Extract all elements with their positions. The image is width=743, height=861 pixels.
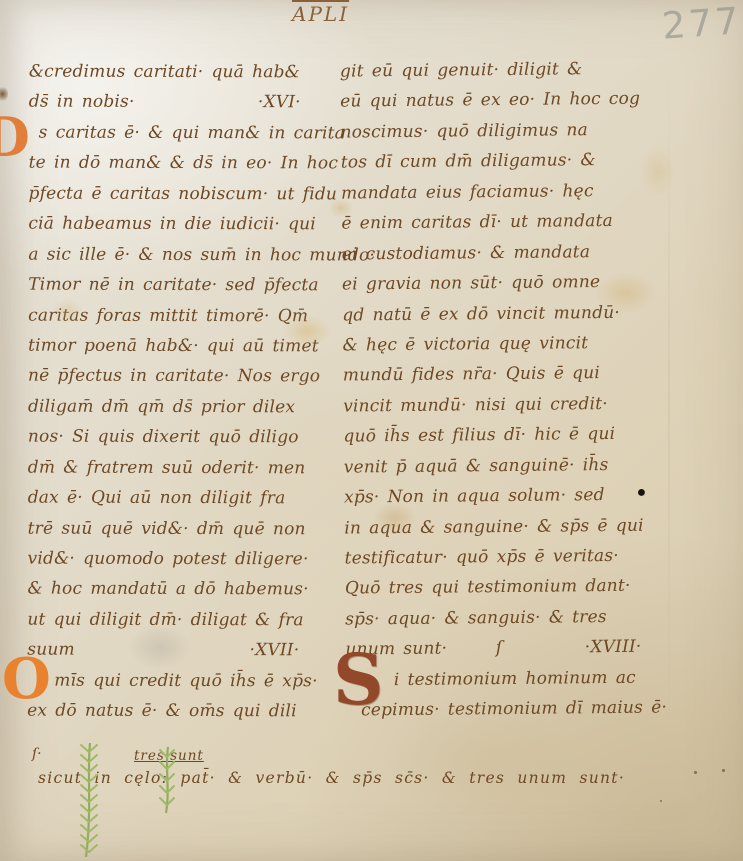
text-line: cepimus· testimonium dī maius ē· <box>346 693 670 727</box>
plant-sprig-icon <box>152 745 182 815</box>
text-line: vincit mundū· nisi qui credit· <box>343 388 667 422</box>
text-line: nos· Si quis dixerit quō diligo <box>28 422 356 453</box>
text-line: vid&· quomodo potest diligere· <box>28 544 356 575</box>
text-line: nē p̄fectus in caritate· Nos ergo <box>28 361 356 392</box>
initial-letter-O: O <box>2 651 51 707</box>
parchment-crease <box>668 55 670 755</box>
text-line: git eū qui genuit· diligit & <box>340 53 664 87</box>
text-line: ē enim caritas dī· ut mandata <box>341 206 665 240</box>
text-line: xp̄s· Non in aqua solum· sed <box>344 480 668 514</box>
insertion-mark: ſ· <box>32 746 42 762</box>
text-line: quō ih̄s est filius dī· hic ē qui <box>343 419 667 453</box>
speck <box>722 769 725 772</box>
initial-letter-D: D <box>0 110 30 164</box>
text-line: mīs qui credit quō ih̄s ē xp̄s· <box>27 665 355 696</box>
text-line: i testimonium hominum ac <box>346 662 670 696</box>
chapter-number: ·XVIII· <box>585 632 642 663</box>
text-line: Quō tres qui testimonium dant· <box>345 571 669 605</box>
speck <box>694 771 697 774</box>
text-line: & hęc ē victoria quę vincit <box>342 327 666 361</box>
margin-note: ſ· tres sunt sicut in cęlo: pat̄· & verb… <box>32 742 612 802</box>
text-line: ex dō natus ē· & om̄s qui dili <box>27 696 355 727</box>
text-line: venit p̄ aquā & sanguinē· ih̄s <box>344 449 668 483</box>
text-line: te in dō man& & ds̄ in eo· In hoc <box>29 148 357 179</box>
text-line: ei gravia non sūt· quō omne <box>342 267 666 301</box>
text-line: dm̄ & fratrem suū oderit· men <box>28 452 356 483</box>
text-column-right: git eū qui genuit· diligit & eū qui natu… <box>340 53 670 726</box>
folio-number: 277 <box>661 0 743 48</box>
text-column-left: &credimus caritati· quā hab& ds̄ in nobi… <box>27 57 357 727</box>
text-line: suum·XVII· <box>27 635 355 666</box>
initial-letter-S: S <box>333 645 384 715</box>
text-line: &credimus caritati· quā hab& <box>29 57 357 88</box>
text-line: mundū fides nr̄a· Quis ē qui <box>343 358 667 392</box>
running-title: APLI <box>292 2 349 26</box>
text-line: eū qui natus ē ex eo· In hoc cog <box>340 84 664 118</box>
parchment-hole <box>638 489 645 496</box>
text-line: ut qui diligit dm̄· diligat & fra <box>27 604 355 635</box>
text-line: caritas foras mittit timorē· Qm̄ <box>28 300 356 331</box>
text-line: unum sunt· ſ·XVIII· <box>345 632 669 666</box>
text-line: diligam̄ dm̄ qm̄ ds̄ prior dilex <box>28 391 356 422</box>
text-line: sp̄s· aqua· & sanguis· & tres <box>345 601 669 635</box>
text-line: in aqua & sanguine· & sp̄s ē qui <box>344 510 668 544</box>
text-line: ciā habeamus in die iudicii· qui <box>28 209 356 240</box>
text-line: a sic ille ē· & nos sum̄ in hoc mundo· <box>28 239 356 270</box>
text-line: noscimus· quō diligimus na <box>340 114 664 148</box>
text-line: p̄fecta ē caritas nobiscum· ut fidu <box>28 178 356 209</box>
text-line: ds̄ in nobis··XVI· <box>29 87 357 118</box>
text-line: testificatur· quō xp̄s ē veritas· <box>344 540 668 574</box>
text-line: qd natū ē ex dō vincit mundū· <box>342 297 666 331</box>
text-line: trē suū quē vid&· dm̄ quē non <box>28 513 356 544</box>
speck <box>660 800 662 802</box>
text-line: tos dī cum dm̄ diligamus· & <box>341 145 665 179</box>
text-line: ei custodiamus· & mandata <box>342 236 666 270</box>
text-line: mandata eius faciamus· hęc <box>341 175 665 209</box>
plant-sprig-icon <box>72 740 106 860</box>
margin-note-text: sicut in cęlo: pat̄· & verbū· & sp̄s sc̄… <box>38 769 625 787</box>
text-line: & hoc mandatū a dō habemus· <box>27 574 355 605</box>
text-line: dax ē· Qui aū non diligit fra <box>28 483 356 514</box>
cropped-ink-mark <box>0 86 8 102</box>
text-line: timor poenā hab&· qui aū timet <box>28 331 356 362</box>
manuscript-page: APLI 277 &credimus caritati· quā hab& ds… <box>0 0 743 861</box>
chapter-number: ·XVI· <box>258 88 301 119</box>
text-line: s caritas ē· & qui man& in carita <box>29 117 357 148</box>
text-line: Timor nē in caritate· sed p̄fecta <box>28 270 356 301</box>
chapter-number: ·XVII· <box>249 635 299 666</box>
